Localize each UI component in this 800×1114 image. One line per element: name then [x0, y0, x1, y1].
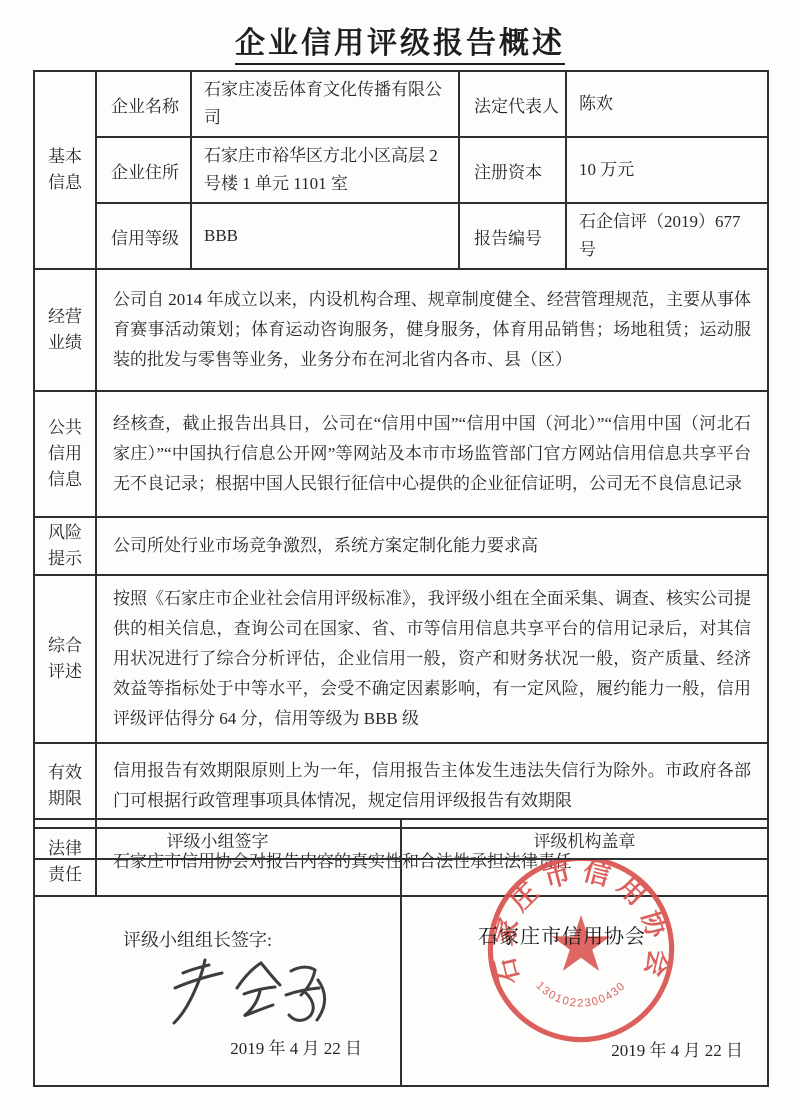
section-content-business-performance: 公司自 2014 年成立以来，内设机构合理、规章制度健全、经营管理规范，主要从事… — [96, 269, 768, 391]
section-label-public-credit-info: 公共 信用 信息 — [34, 391, 96, 517]
table-row: 风险 提示 公司所处行业市场竞争激烈，系统方案定制化能力要求高 — [34, 517, 768, 575]
field-value-company-address: 石家庄市裕华区方北小区高层 2 号楼 1 单元 1101 室 — [191, 137, 459, 203]
right-date: 2019 年 4 月 22 日 — [611, 1036, 743, 1061]
table-row: 信用等级 BBB 报告编号 石企信评（2019）677 号 — [34, 203, 768, 269]
signature-table: 评级小组签字 评级机构盖章 评级小组组长签字: — [33, 818, 769, 1087]
left-date: 2019 年 4 月 22 日 — [230, 1034, 362, 1059]
section-label-validity-period: 有效 期限 — [34, 743, 96, 828]
header-rating-agency-seal: 评级机构盖章 — [401, 819, 768, 859]
red-official-seal: 石家庄市信用协会 1301022300430 — [478, 859, 684, 1052]
section-content-risk-warning: 公司所处行业市场竞争激烈，系统方案定制化能力要求高 — [96, 517, 768, 575]
section-label-business-performance: 经营 业绩 — [34, 269, 96, 391]
agency-name-text: 石家庄市信用协会 — [478, 920, 646, 949]
table-row: 基本 信息 企业名称 石家庄凌岳体育文化传播有限公司 法定代表人 陈欢 — [34, 71, 768, 137]
field-label-company-address: 企业住所 — [96, 137, 191, 203]
report-table: 基本 信息 企业名称 石家庄凌岳体育文化传播有限公司 法定代表人 陈欢 企业住所… — [33, 70, 769, 897]
field-value-company-name: 石家庄凌岳体育文化传播有限公司 — [191, 71, 459, 137]
field-label-registered-capital: 注册资本 — [459, 137, 566, 203]
table-row: 有效 期限 信用报告有效期限原则上为一年，信用报告主体发生违法失信行为除外。市政… — [34, 743, 768, 828]
section-content-public-credit-info: 经核查，截止报告出具日，公司在“信用中国”“信用中国（河北）”“信用中国（河北石… — [96, 391, 768, 517]
field-value-credit-grade: BBB — [191, 203, 459, 269]
table-row: 企业住所 石家庄市裕华区方北小区高层 2 号楼 1 单元 1101 室 注册资本… — [34, 137, 768, 203]
section-content-comprehensive-review: 按照《石家庄市企业社会信用评级标准》，我评级小组在全面采集、调查、核实公司提供的… — [96, 575, 768, 743]
table-row: 评级小组签字 评级机构盖章 — [34, 819, 768, 859]
svg-text:1301022300430: 1301022300430 — [534, 980, 629, 1010]
handwritten-signature — [165, 952, 350, 1032]
field-value-legal-representative: 陈欢 — [566, 71, 768, 137]
table-row: 经营 业绩 公司自 2014 年成立以来，内设机构合理、规章制度健全、经营管理规… — [34, 269, 768, 391]
seal-number: 1301022300430 — [534, 980, 629, 1010]
agency-seal-cell: 石家庄市信用协会 1301022300430 石家庄市信用协会 2019 年 4… — [401, 859, 768, 1086]
page-title: 企业信用评级报告概述 — [0, 18, 800, 62]
table-row: 评级小组组长签字: — [34, 859, 768, 1086]
table-row: 公共 信用 信息 经核查，截止报告出具日，公司在“信用中国”“信用中国（河北）”… — [34, 391, 768, 517]
team-leader-signature-label: 评级小组组长签字: — [123, 926, 272, 952]
section-content-validity-period: 信用报告有效期限原则上为一年，信用报告主体发生违法失信行为除外。市政府各部门可根… — [96, 743, 768, 828]
section-label-basic-info: 基本 信息 — [34, 71, 96, 269]
field-value-report-number: 石企信评（2019）677 号 — [566, 203, 768, 269]
field-label-report-number: 报告编号 — [459, 203, 566, 269]
team-leader-signature-cell: 评级小组组长签字: — [34, 859, 401, 1086]
header-rating-team-signature: 评级小组签字 — [34, 819, 401, 859]
field-label-company-name: 企业名称 — [96, 71, 191, 137]
section-label-comprehensive-review: 综合 评述 — [34, 575, 96, 743]
scanned-report-page: 企业信用评级报告概述 基本 信息 企业名称 石家庄凌岳体育文化传播有限公司 法定… — [0, 0, 800, 1114]
field-value-registered-capital: 10 万元 — [566, 137, 768, 203]
field-label-legal-representative: 法定代表人 — [459, 71, 566, 137]
section-label-risk-warning: 风险 提示 — [34, 517, 96, 575]
field-label-credit-grade: 信用等级 — [96, 203, 191, 269]
table-row: 综合 评述 按照《石家庄市企业社会信用评级标准》，我评级小组在全面采集、调查、核… — [34, 575, 768, 743]
